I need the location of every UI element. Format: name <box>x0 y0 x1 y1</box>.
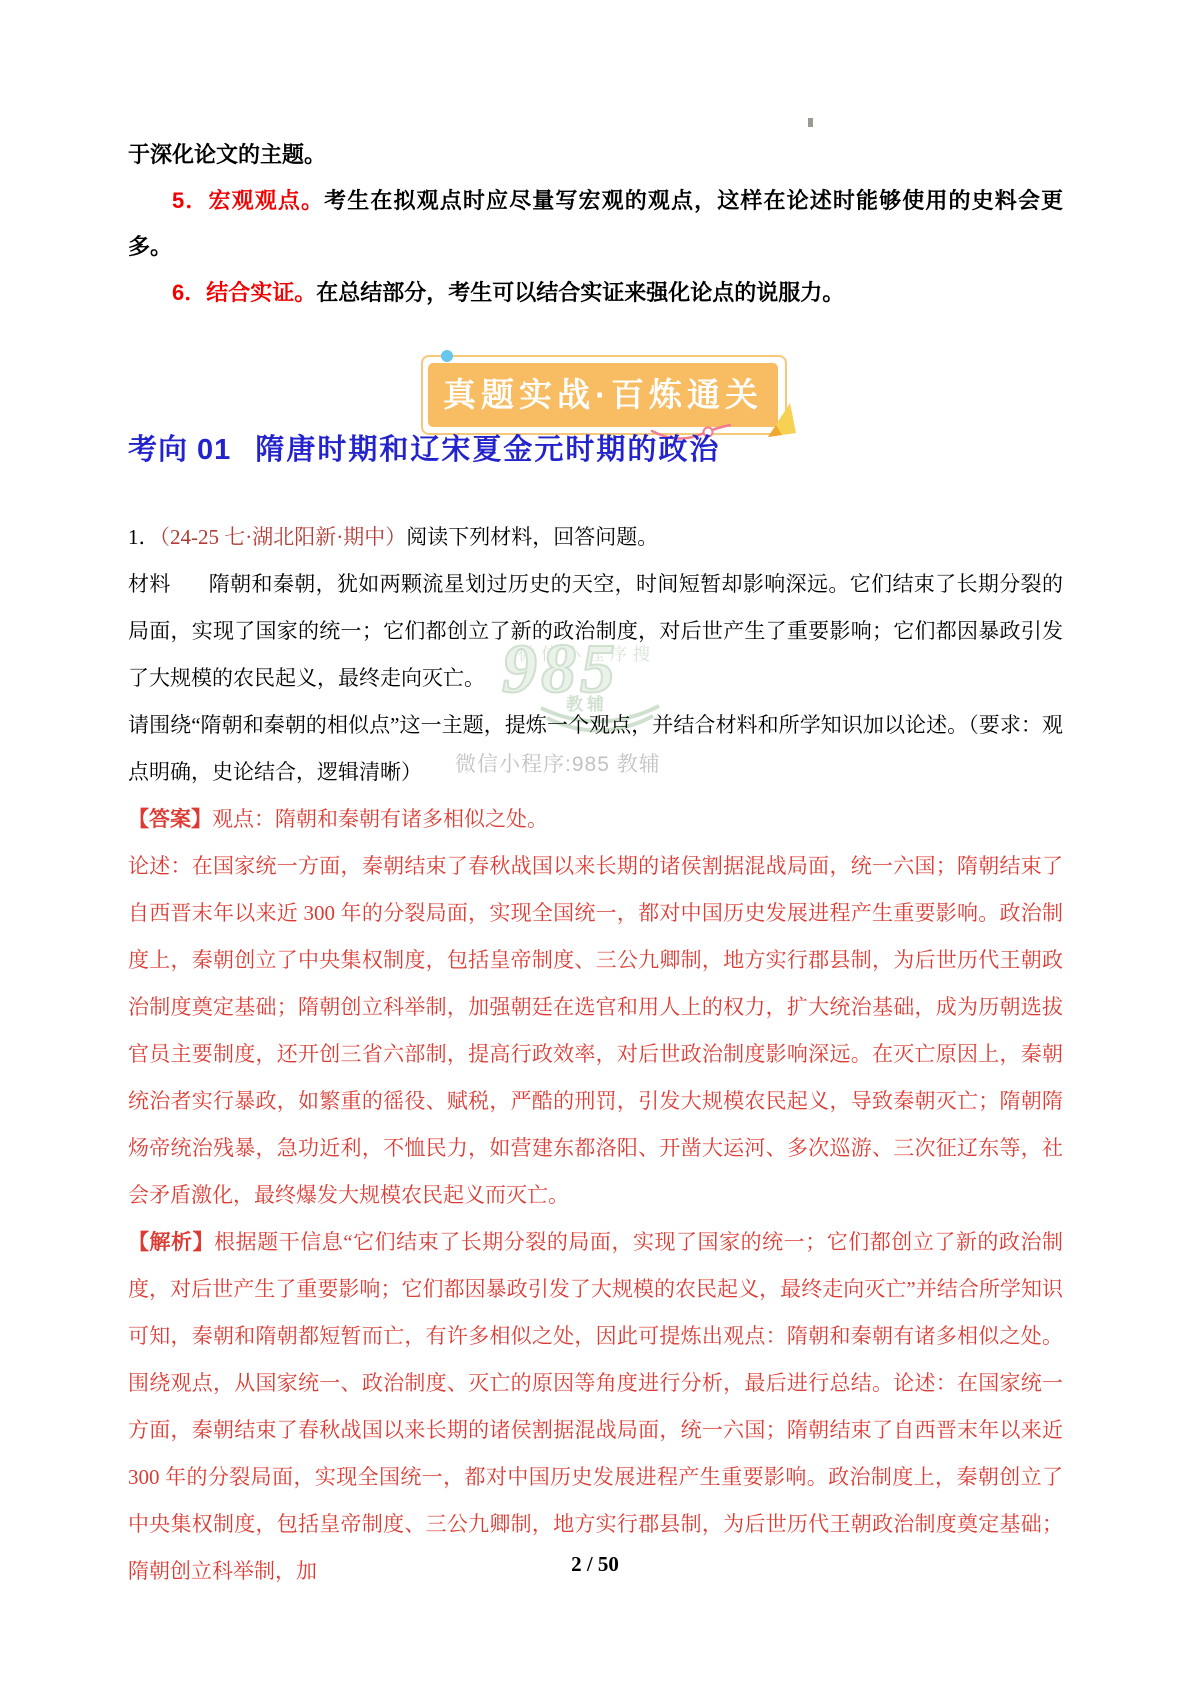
section-number: 考向 01 <box>128 434 231 466</box>
task-paragraph: 请围绕“隋朝和秦朝的相似点”这一主题，提炼一个观点，并结合材料和所学知识加以论述… <box>128 702 1063 796</box>
answer-viewpoint-paragraph: 【答案】观点：隋朝和秦朝有诸多相似之处。 <box>128 796 1063 843</box>
intro-section: 于深化论文的主题。 5．宏观观点。考生在拟观点时应尽量写宏观的观点，这样在论述时… <box>128 132 1063 316</box>
page-number: 2 / 50 <box>0 1552 1190 1577</box>
material-text: 隋朝和秦朝，犹如两颗流星划过历史的天空，时间短暂却影响深远。它们结束了长期分裂的… <box>128 572 1063 690</box>
intro-continuation-text: 于深化论文的主题。 <box>128 142 326 167</box>
section-title: 隋唐时期和辽宋夏金元时期的政治 <box>255 434 720 466</box>
intro-point-6: 6．结合实证。在总结部分，考生可以结合实证来强化论点的说服力。 <box>128 270 1063 316</box>
section-heading: 考向 01隋唐时期和辽宋夏金元时期的政治 <box>128 430 1063 470</box>
point5-label: 5．宏观观点。 <box>172 188 324 213</box>
scan-speck-artifact <box>808 118 813 127</box>
answer-viewpoint: 观点：隋朝和秦朝有诸多相似之处。 <box>212 807 548 831</box>
point6-label: 6．结合实证。 <box>172 280 316 305</box>
intro-point-5: 5．宏观观点。考生在拟观点时应尽量写宏观的观点，这样在论述时能够使用的史料会更多… <box>128 178 1063 270</box>
question-block: 1．（24-25 七·湖北阳新·期中）阅读下列材料，回答问题。 材料隋朝和秦朝，… <box>128 514 1063 1595</box>
section-banner: 真题实战·百炼通关 <box>428 363 778 427</box>
question-number: 1． <box>128 525 160 549</box>
analysis-label: 【解析】 <box>128 1230 214 1254</box>
answer-discussion: 论述：在国家统一方面，秦朝结束了春秋战国以来长期的诸侯割据混战局面，统一六国；隋… <box>128 854 1063 1207</box>
analysis-paragraph: 【解析】根据题干信息“它们结束了长期分裂的局面，实现了国家的统一；它们都创立了新… <box>128 1219 1063 1595</box>
question-source-tag: （24-25 七·湖北阳新·期中） <box>160 525 407 549</box>
question-header: 1．（24-25 七·湖北阳新·期中）阅读下列材料，回答问题。 <box>128 514 1063 561</box>
answer-label: 【答案】 <box>128 807 212 831</box>
answer-discussion-paragraph: 论述：在国家统一方面，秦朝结束了春秋战国以来长期的诸侯割据混战局面，统一六国；隋… <box>128 843 1063 1219</box>
question-prompt: 阅读下列材料，回答问题。 <box>406 525 658 549</box>
document-page: 微信小程序搜 985 教辅 微信小程序:985 教辅 于深化论文的主题。 5．宏… <box>0 0 1190 1683</box>
banner-blue-dot-decoration <box>441 350 453 362</box>
task-text: 请围绕“隋朝和秦朝的相似点”这一主题，提炼一个观点，并结合材料和所学知识加以论述… <box>128 713 1063 784</box>
material-label: 材料 <box>128 572 171 596</box>
analysis-body: 根据题干信息“它们结束了长期分裂的局面，实现了国家的统一；它们都创立了新的政治制… <box>128 1230 1063 1583</box>
intro-continuation-line: 于深化论文的主题。 <box>128 132 1063 178</box>
point6-text: 在总结部分，考生可以结合实证来强化论点的说服力。 <box>316 280 844 305</box>
material-paragraph: 材料隋朝和秦朝，犹如两颗流星划过历史的天空，时间短暂却影响深远。它们结束了长期分… <box>128 561 1063 702</box>
